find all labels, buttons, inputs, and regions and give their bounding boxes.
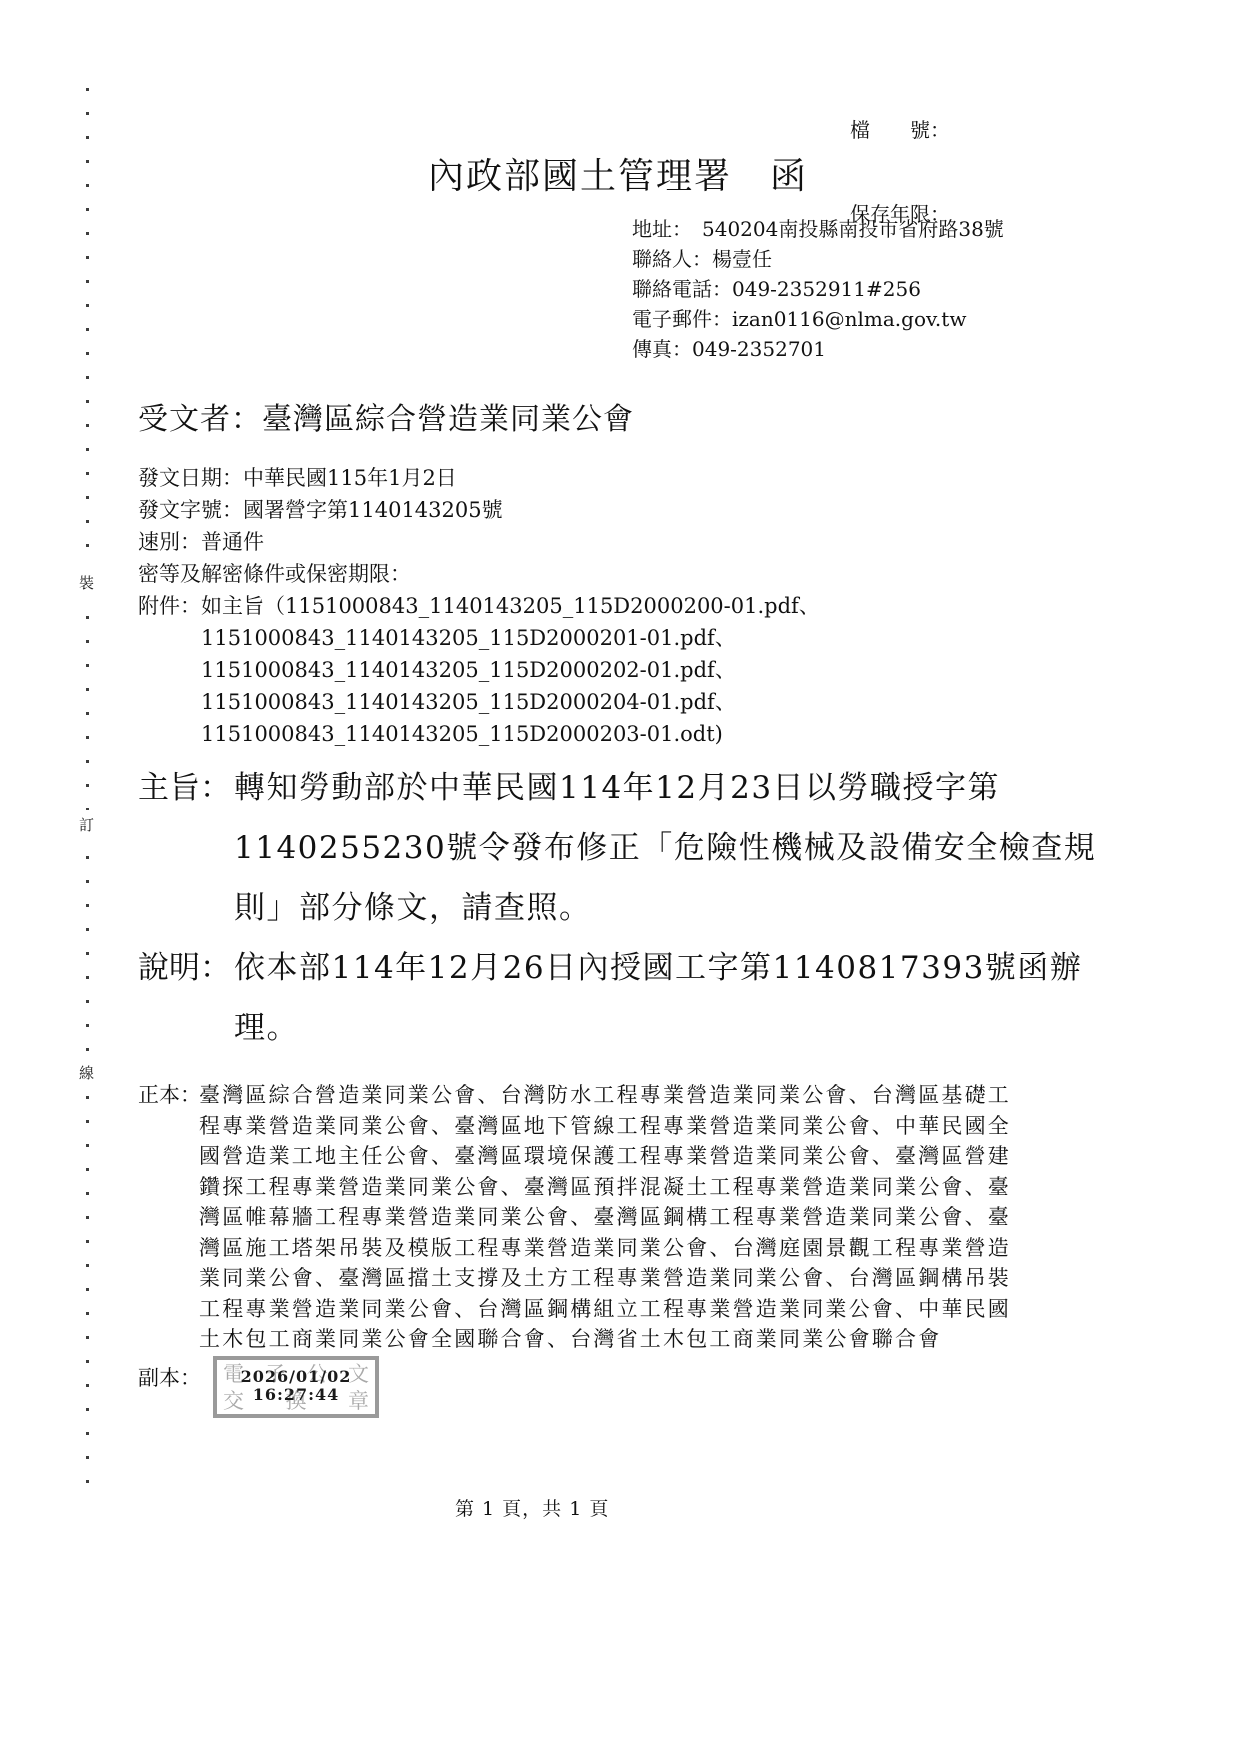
original-recipients-line: 鑽探工程專業營造業同業公會、臺灣區預拌混凝土工程專業營造業同業公會、臺 <box>199 1172 1058 1203</box>
attachment-row: 附件： 如主旨（1151000843_1140143205_115D200020… <box>138 590 820 750</box>
original-recipients-label: 正本： <box>138 1080 201 1111</box>
agency-fax: 傳真：049-2352701 <box>632 334 1004 364</box>
priority: 速別：普通件 <box>138 526 820 558</box>
attachment-file: 如主旨（1151000843_1140143205_115D2000200-01… <box>201 590 820 622</box>
agency-email: 電子郵件：izan0116@nlma.gov.tw <box>632 304 1004 334</box>
issue-date: 發文日期：中華民國115年1月2日 <box>138 462 820 494</box>
page-number-footer: 第 1 頁，共 1 頁 <box>455 1494 609 1521</box>
electronic-document-exchange-stamp: 電子公文 交換章 2026/01/02 16:27:44 <box>213 1356 379 1418</box>
document-title: 內政部國土管理署 函 <box>428 148 808 199</box>
agency-address: 地址： 540204南投縣南投市省府路38號 <box>632 214 1004 244</box>
attachment-file: 1151000843_1140143205_115D2000202-01.pdf… <box>201 654 820 686</box>
file-number-label: 檔 號： <box>850 116 950 144</box>
subject-text: 轉知勞動部於中華民國114年12月23日以勞職授字第 1140255230號令發… <box>138 758 1068 938</box>
original-recipients-line: 業同業公會、臺灣區擋土支撐及土方工程專業營造業同業公會、台灣區鋼構吊裝 <box>199 1263 1058 1294</box>
recipient-line: 受文者：臺灣區綜合營造業同業公會 <box>138 394 634 438</box>
binding-mark-ding: 訂 <box>77 810 96 841</box>
original-recipients-line: 灣區施工塔架吊裝及模版工程專業營造業同業公會、台灣庭園景觀工程專業營造 <box>199 1233 1058 1264</box>
binding-mark-zhuang: 裝 <box>77 568 96 599</box>
stamp-time: 16:27:44 <box>217 1385 375 1404</box>
agency-contact-person: 聯絡人：楊壹任 <box>632 244 1004 274</box>
original-recipients-line: 土木包工商業同業公會全國聯合會、台灣省土木包工商業同業公會聯合會 <box>199 1324 1058 1355</box>
subject-line: 1140255230號令發布修正「危險性機械及設備安全檢查規 <box>234 818 1068 878</box>
attachment-file: 1151000843_1140143205_115D2000203-01.odt… <box>201 718 820 750</box>
explanation-text: 依本部114年12月26日內授國工字第1140817393號函辦 理。 <box>138 938 1068 1058</box>
attachment-file: 1151000843_1140143205_115D2000201-01.pdf… <box>201 622 820 654</box>
original-recipients-line: 臺灣區綜合營造業同業公會、台灣防水工程專業營造業同業公會、台灣區基礎工 <box>199 1080 1058 1111</box>
attachment-file-list: 如主旨（1151000843_1140143205_115D2000200-01… <box>201 590 820 750</box>
original-recipients-line: 程專業營造業同業公會、臺灣區地下管線工程專業營造業同業公會、中華民國全 <box>199 1111 1058 1142</box>
attachment-file: 1151000843_1140143205_115D2000204-01.pdf… <box>201 686 820 718</box>
document-number: 發文字號：國署營字第1140143205號 <box>138 494 820 526</box>
original-recipients-list: 臺灣區綜合營造業同業公會、台灣防水工程專業營造業同業公會、台灣區基礎工 程專業營… <box>138 1080 1058 1355</box>
subject-label: 主旨： <box>138 758 231 818</box>
stamp-date: 2026/01/02 <box>217 1367 375 1386</box>
security-classification: 密等及解密條件或保密期限： <box>138 558 820 590</box>
explanation-line: 依本部114年12月26日內授國工字第1140817393號函辦 <box>234 938 1068 998</box>
document-meta-block: 發文日期：中華民國115年1月2日 發文字號：國署營字第1140143205號 … <box>138 462 820 750</box>
original-recipients-block: 正本： 臺灣區綜合營造業同業公會、台灣防水工程專業營造業同業公會、台灣區基礎工 … <box>138 1080 1058 1355</box>
agency-contact-block: 地址： 540204南投縣南投市省府路38號 聯絡人：楊壹任 聯絡電話：049-… <box>632 214 1004 364</box>
binding-mark-xian: 線 <box>77 1058 96 1089</box>
subject-line: 則」部分條文，請查照。 <box>234 878 1068 938</box>
binding-margin-dotted-line <box>86 88 89 1492</box>
subject-line: 轉知勞動部於中華民國114年12月23日以勞職授字第 <box>234 758 1068 818</box>
attachment-label: 附件： <box>138 590 201 750</box>
explanation-paragraph: 說明： 依本部114年12月26日內授國工字第1140817393號函辦 理。 <box>138 938 1068 1058</box>
explanation-label: 說明： <box>138 938 231 998</box>
agency-phone: 聯絡電話：049-2352911#256 <box>632 274 1004 304</box>
copy-recipients-label: 副本： <box>138 1362 201 1392</box>
official-letter-page: 裝 訂 線 檔 號： 保存年限： 內政部國土管理署 函 地址： 540204南投… <box>0 0 1241 1754</box>
original-recipients-line: 工程專業營造業同業公會、台灣區鋼構組立工程專業營造業同業公會、中華民國 <box>199 1294 1058 1325</box>
subject-paragraph: 主旨： 轉知勞動部於中華民國114年12月23日以勞職授字第 114025523… <box>138 758 1068 938</box>
original-recipients-line: 灣區帷幕牆工程專業營造業同業公會、臺灣區鋼構工程專業營造業同業公會、臺 <box>199 1202 1058 1233</box>
explanation-line: 理。 <box>234 998 1068 1058</box>
original-recipients-line: 國營造業工地主任公會、臺灣區環境保護工程專業營造業同業公會、臺灣區營建 <box>199 1141 1058 1172</box>
